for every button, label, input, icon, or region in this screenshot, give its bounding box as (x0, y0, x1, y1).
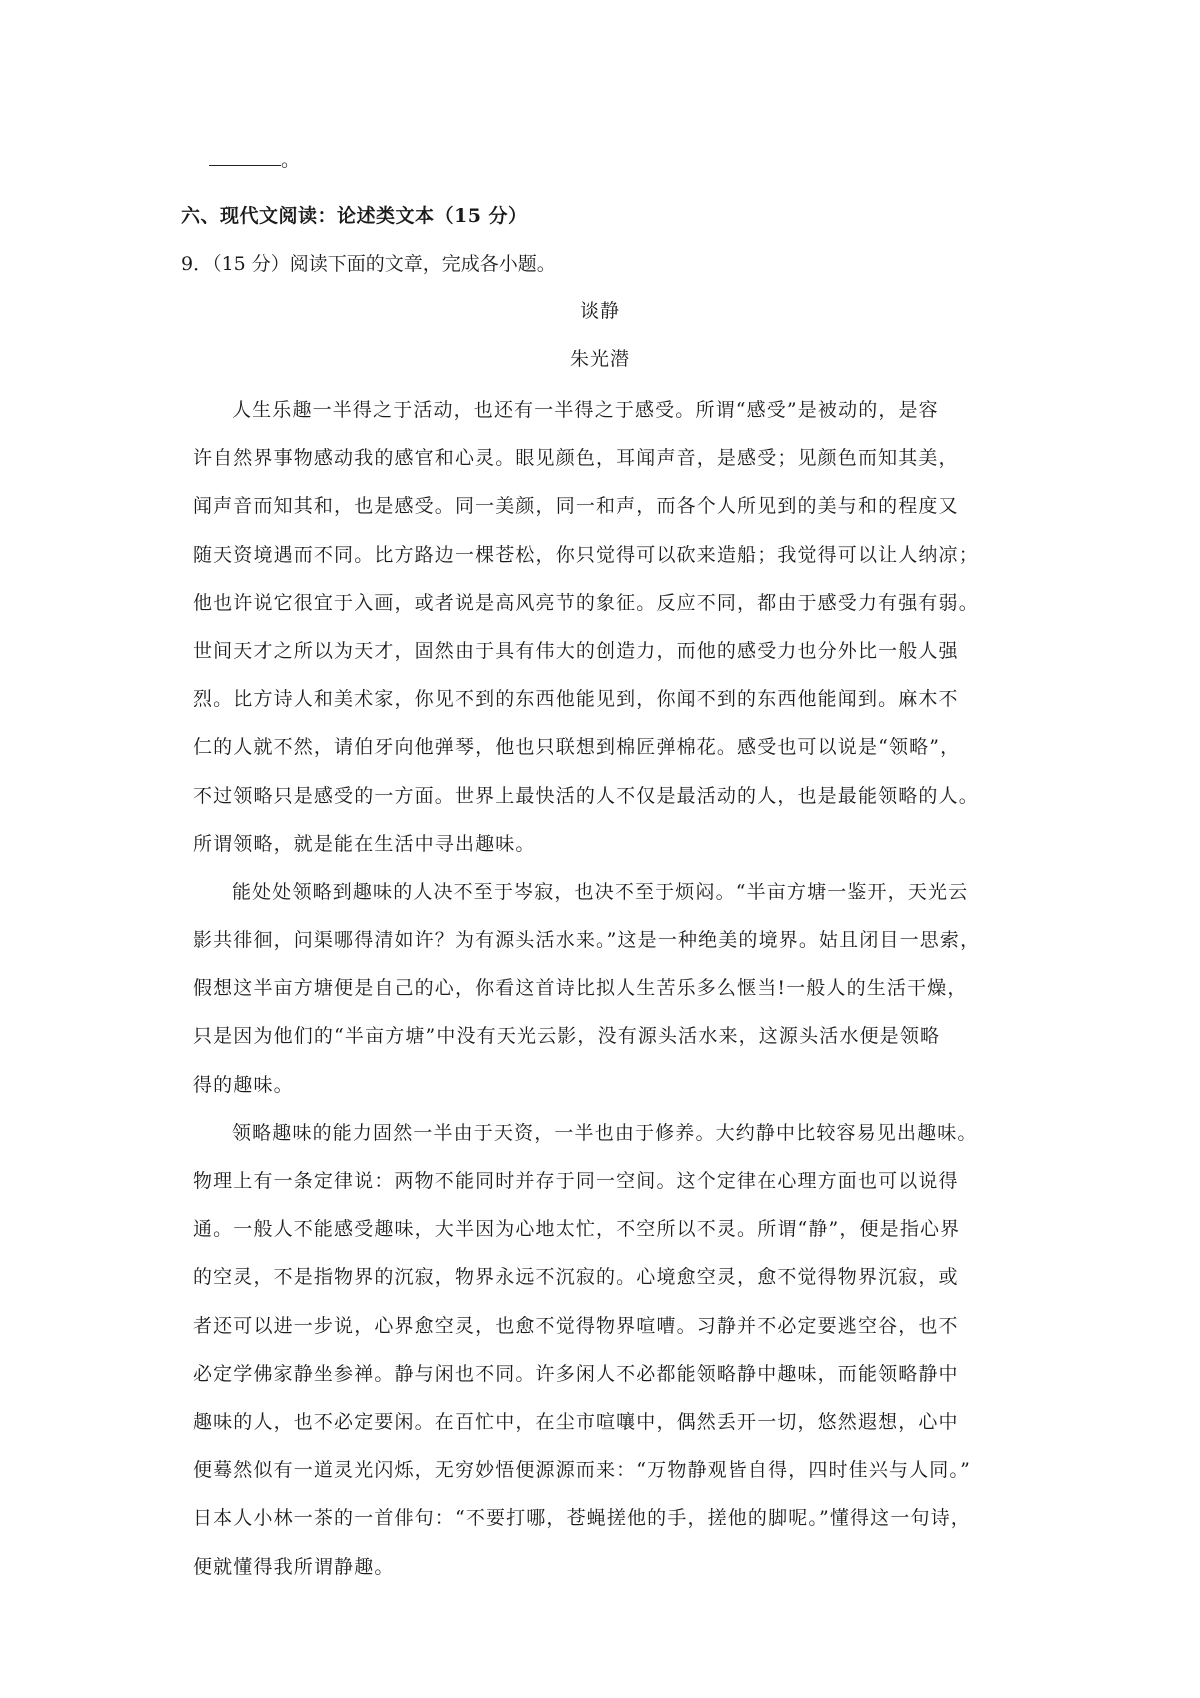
article-body: 人生乐趣一半得之于活动，也还有一半得之于感受。所谓“感受”是被动的，是容 许自然… (193, 386, 1013, 1591)
text-line: 便蓦然似有一道灵光闪烁，无穷妙悟便源源而来：“万物静观皆自得，四时佳兴与人同。” (193, 1446, 1013, 1494)
section-heading: 六、现代文阅读：论述类文本（15 分） (181, 196, 528, 236)
text-line: 仁的人就不然，请伯牙向他弹琴，他也只联想到棉匠弹棉花。感受也可以说是“领略”， (193, 723, 1013, 771)
article-author: 朱光潜 (0, 339, 1200, 379)
text-line: 随天资境遇而不同。比方路边一棵苍松，你只觉得可以砍来造船；我觉得可以让人纳凉； (193, 531, 1013, 579)
text-line: 许自然界事物感动我的感官和心灵。眼见颜色，耳闻声音，是感受；见颜色而知其美， (193, 434, 1013, 482)
exam-page: 。 六、现代文阅读：论述类文本（15 分） 9．（15 分）阅读下面的文章，完成… (0, 0, 1200, 1698)
article-title: 谈静 (0, 291, 1200, 331)
text-line: 者还可以进一步说，心界愈空灵，也愈不觉得物界喧嘈。习静并不必定要逃空谷，也不 (193, 1302, 1013, 1350)
text-line: 便就懂得我所谓静趣。 (193, 1543, 1013, 1591)
blank-period: 。 (281, 149, 300, 171)
text-line: 的空灵，不是指物界的沉寂，物界永远不沉寂的。心境愈空灵，愈不觉得物界沉寂，或 (193, 1253, 1013, 1301)
answer-blank (209, 147, 281, 166)
answer-blank-line: 。 (209, 140, 300, 180)
text-line: 人生乐趣一半得之于活动，也还有一半得之于感受。所谓“感受”是被动的，是容 (193, 386, 1013, 434)
text-line: 影共徘徊，问渠哪得清如许？为有源头活水来。”这是一种绝美的境界。姑且闭目一思索， (193, 916, 1013, 964)
text-line: 得的趣味。 (193, 1061, 1013, 1109)
text-line: 领略趣味的能力固然一半由于天资，一半也由于修养。大约静中比较容易见出趣味。 (193, 1109, 1013, 1157)
text-line: 闻声音而知其和，也是感受。同一美颜，同一和声，而各个人所见到的美与和的程度又 (193, 482, 1013, 530)
text-line: 烈。比方诗人和美术家，你见不到的东西他能见到，你闻不到的东西他能闻到。麻木不 (193, 675, 1013, 723)
text-line: 能处处领略到趣味的人决不至于岑寂，也决不至于烦闷。“半亩方塘一鉴开，天光云 (193, 868, 1013, 916)
text-line: 不过领略只是感受的一方面。世界上最快活的人不仅是最活动的人，也是最能领略的人。 (193, 772, 1013, 820)
text-line: 趣味的人，也不必定要闲。在百忙中，在尘市喧嚷中，偶然丢开一切，悠然遐想，心中 (193, 1398, 1013, 1446)
text-line: 世间天才之所以为天才，固然由于具有伟大的创造力，而他的感受力也分外比一般人强 (193, 627, 1013, 675)
text-line: 只是因为他们的“半亩方塘”中没有天光云影，没有源头活水来，这源头活水便是领略 (193, 1012, 1013, 1060)
text-line: 必定学佛家静坐参禅。静与闲也不同。许多闲人不必都能领略静中趣味，而能领略静中 (193, 1350, 1013, 1398)
text-line: 物理上有一条定律说：两物不能同时并存于同一空间。这个定律在心理方面也可以说得 (193, 1157, 1013, 1205)
question-prompt: 9．（15 分）阅读下面的文章，完成各小题。 (181, 244, 556, 284)
text-line: 日本人小林一茶的一首俳句：“不要打哪，苍蝇搓他的手，搓他的脚呢。”懂得这一句诗， (193, 1494, 1013, 1542)
text-line: 他也许说它很宜于入画，或者说是高风亮节的象征。反应不同，都由于感受力有强有弱。 (193, 579, 1013, 627)
text-line: 通。一般人不能感受趣味，大半因为心地太忙，不空所以不灵。所谓“静”，便是指心界 (193, 1205, 1013, 1253)
text-line: 所谓领略，就是能在生活中寻出趣味。 (193, 820, 1013, 868)
text-line: 假想这半亩方塘便是自己的心，你看这首诗比拟人生苦乐多么惬当!一般人的生活干燥， (193, 964, 1013, 1012)
